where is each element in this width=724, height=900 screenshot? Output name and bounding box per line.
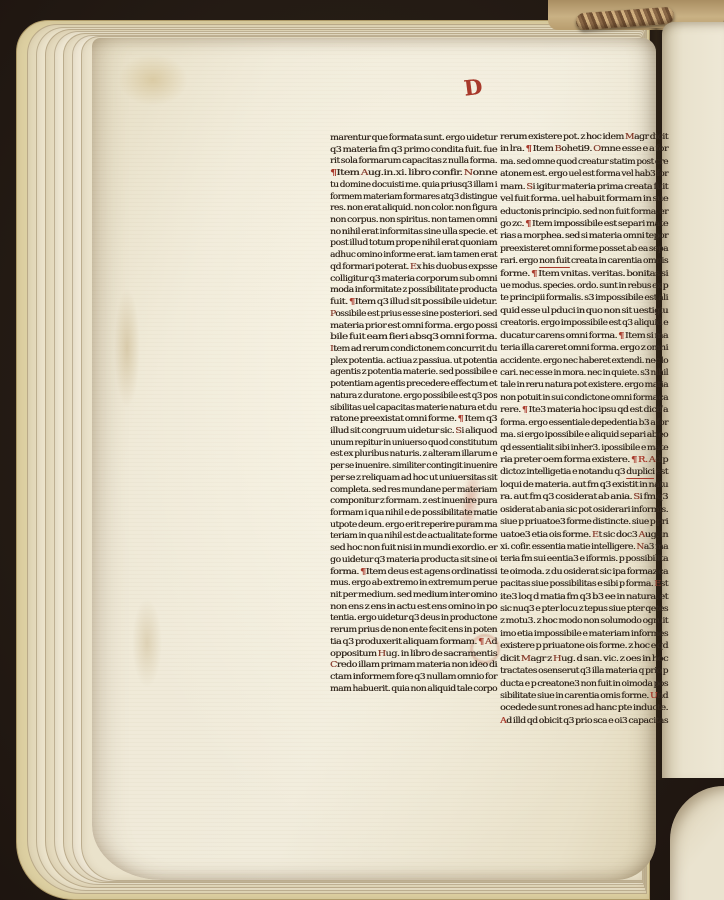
open-page: D marentur que formata sunt. ergo uidetu… [92,38,656,880]
text-line: q3 materia fm q3 primo condita fuit. fue [330,145,497,157]
text-line: loqui de materia. aut fm q3 existit in n… [500,479,668,491]
text-line: rere. ¶ Ite3 materia hoc ipsu qd est dic… [500,404,668,416]
text-line: ma. sed omne quod creatur statim post cr… [500,156,668,168]
text-line: non corpus. non spiritus. non tamen omni [330,215,497,227]
text-line: agentis z potentia materie. sed possibil… [330,367,497,379]
text-line: per se z reliquam ad hoc ut uniuersitas … [330,473,497,485]
text-line: existere p priuatone ois forme. z hoc e … [500,640,668,652]
text-line: ra. aut fm q3 cosiderat ab ania. Si fm q… [500,491,668,503]
text-line: ite3 loq d matia fm q3 b3 ee in natura. … [500,591,668,603]
text-line: ue modus. species. ordo. sunt in rebus e… [500,280,668,292]
text-line: nit per medium. sed medium inter omino [330,590,497,602]
text-line: ma. si ergo ipossibile e aliquid separi … [500,429,668,441]
text-line: qd formari poterat. Ex his duobus expsse [330,262,497,274]
text-line: xi. cofir. essentia matie intelligere. N… [500,541,668,553]
text-line: unum repitur in uniuerso quod constitutu… [330,438,497,450]
text-line: ducta e p creatone3 non fuit in oimoda p… [500,678,668,690]
text-column-left: marentur que formata sunt. ergo uideturq… [330,133,497,696]
text-line: eductonis principio. sed non fuit forma.… [500,206,668,218]
text-line: formem materiam formares atq3 distingue [330,192,497,204]
text-line: accidente. ergo nec haberet extendi. nec… [500,355,668,367]
text-line: dictoz intelligetia e notandu q3 duplici… [500,466,668,478]
text-line: post illud totum prope nihil erat quonia… [330,238,497,250]
text-line: plex potentia. actiua z passiua. ut pote… [330,356,497,368]
text-line: per se inuenire. similiter contingit inu… [330,461,497,473]
text-line: Item ad rerum condictonem concurrit du [330,344,497,356]
text-line: sed hoc non fuit nisi in mundi exordio. … [330,543,497,555]
text-line: tentia. ergo uidetur q3 deus in producto… [330,613,497,625]
text-line: te oimoda. z du osiderat sic ipa formaz … [500,566,668,578]
text-line: potentiam agentis precedere effectum et [330,379,497,391]
text-line: Credo illam primam materia non ideo di [330,660,497,672]
text-line: go uidetur q3 materia producta sit sine … [330,555,497,567]
text-line: qd essentialit sibi inher3. ipossibile e… [500,442,668,454]
text-line: ¶Item Aug.in.xi. libro confir. Nonne [330,168,497,180]
text-line: te principii formalis. s3 impossibile es… [500,292,668,304]
foxing-stain [114,288,140,408]
text-line: mam habuerit. quia non aliquid tale corp… [330,684,497,696]
text-line: imo etia impossibile e materiam informes [500,628,668,640]
text-line: componitur z formam. z est inuenire pura [330,496,497,508]
foxing-stain [118,54,188,106]
text-line: rerum prius de non ente fecit ens in pot… [330,625,497,637]
text-line: forma. ergo essentiale depedentia b3 a f… [500,417,668,429]
text-line: illud sit congruum uidetur sic. Si aliqu… [330,426,497,438]
text-line: tractates osenserut q3 illa materia q pr… [500,665,668,677]
text-line: ducatur carens omni forma. ¶ Item si ma [500,330,668,342]
text-line: est ex pluribus naturis. z alteram illar… [330,449,497,461]
text-line: rias a morphea. sed si materia omni tepo… [500,230,668,242]
text-line: quid esse ul pduci in quo non sit uestig… [500,305,668,317]
text-line: creatoris. ergo impossibile est q3 aliqu… [500,317,668,329]
text-line: rerum existere pot. z hoc idem Magr dici… [500,131,668,143]
text-line: teria illa careret omni forma. ergo z om… [500,342,668,354]
text-line: non ens z ens in actu est ens omino in p… [330,602,497,614]
text-line: in lra. ¶ Item Boheti9. Omne esse e a fo… [500,143,668,155]
text-line: no nihil erat informitas sine ulla speci… [330,227,497,239]
text-line: materia prior est omni forma. ergo possi [330,321,497,333]
text-line: res. non erat aliquid. non color. non fi… [330,203,497,215]
text-line: rari. ergo non fuit creata in carentia o… [500,255,668,267]
text-line: pacitas siue possibilitas e sibi p forma… [500,578,668,590]
text-line: natura z duratone. ergo possibile est q3… [330,391,497,403]
text-line: sic nuq3 e pter locu z tepus siue pter q… [500,603,668,615]
text-line: vel fuit forma. uel habuit formam in sue [500,193,668,205]
text-column-right: rerum existere pot. z hoc idem Magr dici… [500,131,668,727]
signature-mark: D [462,72,495,103]
text-line: cari. nec esse in mora. nec in quiete. s… [500,367,668,379]
text-line: sibilitas uel capacitas materie natura e… [330,403,497,415]
text-line: osiderat ab ania sic pot osiderari infor… [500,504,668,516]
text-line: sibilitate siue in carentia omis forme. … [500,690,668,702]
text-line: dicit Magr z Hug. d san. vic. z oes in h… [500,653,668,665]
text-line: marentur que formata sunt. ergo uidetur [330,133,497,145]
text-line: colligitur q3 materia corporum sub omni [330,274,497,286]
photograph-background: D marentur que formata sunt. ergo uidetu… [0,0,724,900]
text-line: oppositum Hug. in libro de sacramentis [330,649,497,661]
text-line: mam. Si igitur materia prima creata fuit [500,181,668,193]
text-line: tu domine docuisti me. quia priusq3 illa… [330,180,497,192]
text-line: go zc. ¶ Item impossibile est separi mat… [500,218,668,230]
text-line: atonem est. ergo uel est forma vel hab3 … [500,168,668,180]
text-line: teriam in qua nihil est de actualitate f… [330,531,497,543]
bottom-right-page-corner [670,786,724,900]
right-page-stack [662,22,724,778]
text-line: ctam informem fore q3 nullam omnio for [330,672,497,684]
text-line: Ad illd qd obicit q3 prio sca e oi3 capa… [500,715,668,727]
text-line: formam i qua nihil e de possibilitate ma… [330,508,497,520]
text-line: ocedede sunt rones ad hanc pte inducte. [500,702,668,714]
text-line: mus. ergo ab extremo in extremum perue [330,578,497,590]
text-line: uatoe3 etia ois forme. Et sic doc3 Aug. … [500,529,668,541]
text-line: z motu3. z hoc modo non solumodo ogruit [500,615,668,627]
text-line: preexisteret omni forme posset ab ea sep… [500,243,668,255]
text-line: moda informitate z possibilitate product… [330,285,497,297]
text-line: ria preter oem forma existere. ¶ R. Ad p [500,454,668,466]
text-line: bile fuit eam fieri absq3 omni forma. [330,332,497,344]
text-line: forme. ¶ Item vnitas. veritas. bonitas s… [500,268,668,280]
text-line: adhuc omino informe erat. iam tamen erat [330,250,497,262]
text-line: non potuit in sui condictone omni forma … [500,392,668,404]
text-line: teria fm sui eentia3 e iformis. p possib… [500,553,668,565]
text-line: Possibile est prius esse sine posteriori… [330,309,497,321]
text-line: completa. sed res mundane per materiam [330,485,497,497]
text-line: fuit. ¶Item q3 illud sit possibile uidet… [330,297,497,309]
text-line: utpote deum. ergo erit reperire puram ma [330,520,497,532]
text-line: siue p priuatoe3 forme distincte. siue p… [500,516,668,528]
text-line: tia q3 produxerit aliquam formam. ¶ Ad [330,637,497,649]
text-line: rit sola formarum capacitas z nulla form… [330,156,497,168]
text-line: tale in reru natura pot existere. ergo m… [500,379,668,391]
text-line: ratone preexistat omni forme. ¶ Item q3 [330,414,497,426]
text-line: forma. ¶Item deus est agens ordinatissi [330,567,497,579]
foxing-stain [132,598,162,688]
